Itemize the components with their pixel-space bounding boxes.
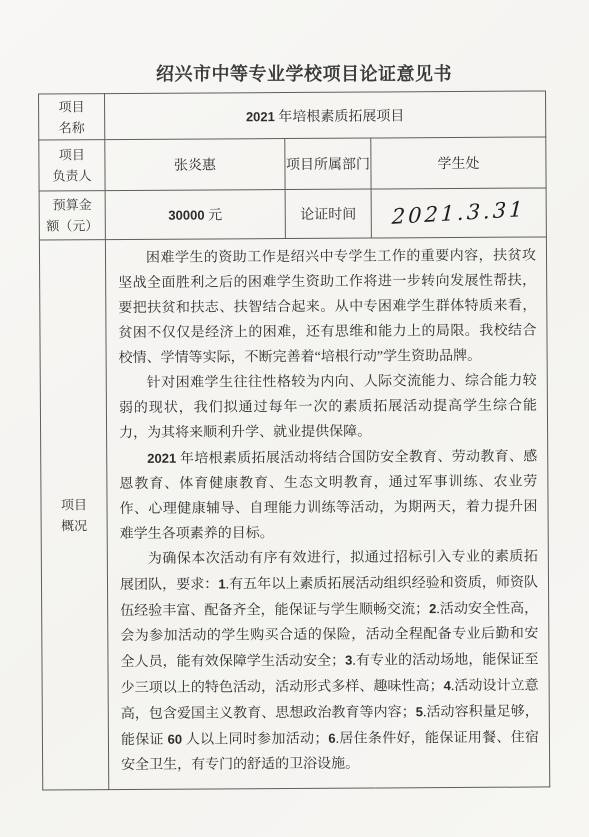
project-overview-label-line1: 项目	[41, 494, 106, 515]
project-leader-label: 项目 负责人	[39, 140, 105, 191]
budget-label-line2: 额（元）	[40, 215, 105, 236]
project-name-label: 项目 名称	[39, 94, 105, 140]
project-overview-label-line2: 概况	[42, 515, 107, 536]
budget-label-line1: 预算金	[40, 194, 105, 215]
review-time-handwritten-value: 2021.3.31	[391, 197, 526, 229]
project-name-label-line2: 名称	[39, 117, 104, 138]
document-title: 绍兴市中等专业学校项目论证意见书	[19, 60, 589, 86]
project-leader-row: 项目 负责人 张炎惠 项目所属部门 学生处	[39, 137, 546, 191]
project-name-row: 项目 名称 2021 年培根素质拓展项目	[39, 91, 546, 140]
project-overview-label: 项目 概况	[39, 240, 108, 790]
review-time-value-cell: 2021.3.31	[371, 188, 546, 238]
department-label: 项目所属部门	[285, 138, 371, 190]
project-leader-label-line2: 负责人	[39, 165, 104, 186]
project-leader-value: 张炎惠	[105, 139, 285, 191]
project-leader-label-line1: 项目	[39, 144, 104, 165]
budget-value: 30000 元	[105, 190, 285, 240]
overview-paragraph-2: 针对困难学生往往性格较为内向、人际交流能力、综合能力较弱的现状，我们拟通过每年一…	[119, 369, 537, 447]
review-form-table: 项目 名称 2021 年培根素质拓展项目 项目 负责人 张炎惠 项目所属部门 学…	[38, 90, 550, 790]
budget-row: 预算金 额（元） 30000 元 论证时间 2021.3.31	[39, 188, 546, 240]
review-time-label: 论证时间	[285, 189, 371, 239]
project-overview-row: 项目 概况 困难学生的资助工作是绍兴中专学生工作的重要内容，扶贫攻坚战全面胜利之…	[39, 237, 549, 790]
project-overview-content: 困难学生的资助工作是绍兴中专学生工作的重要内容，扶贫攻坚战全面胜利之后的困难学生…	[105, 237, 549, 790]
project-name-label-line1: 项目	[39, 96, 104, 117]
budget-label: 预算金 额（元）	[39, 191, 105, 240]
department-value: 学生处	[371, 137, 546, 189]
scanned-document-page: 绍兴市中等专业学校项目论证意见书 项目 名称 2021 年培根素质拓展项目 项目…	[0, 0, 589, 837]
overview-paragraph-1: 困难学生的资助工作是绍兴中专学生工作的重要内容，扶贫攻坚战全面胜利之后的困难学生…	[118, 244, 537, 372]
overview-paragraph-4: 为确保本次活动有序有效进行，拟通过招标引入专业的素质拓展团队，要求：1.有五年以…	[120, 545, 539, 779]
project-name-value: 2021 年培根素质拓展项目	[105, 91, 546, 140]
overview-paragraph-3: 2021 年培根素质拓展活动将结合国防安全教育、劳动教育、感恩教育、体育健康教育…	[119, 444, 538, 548]
